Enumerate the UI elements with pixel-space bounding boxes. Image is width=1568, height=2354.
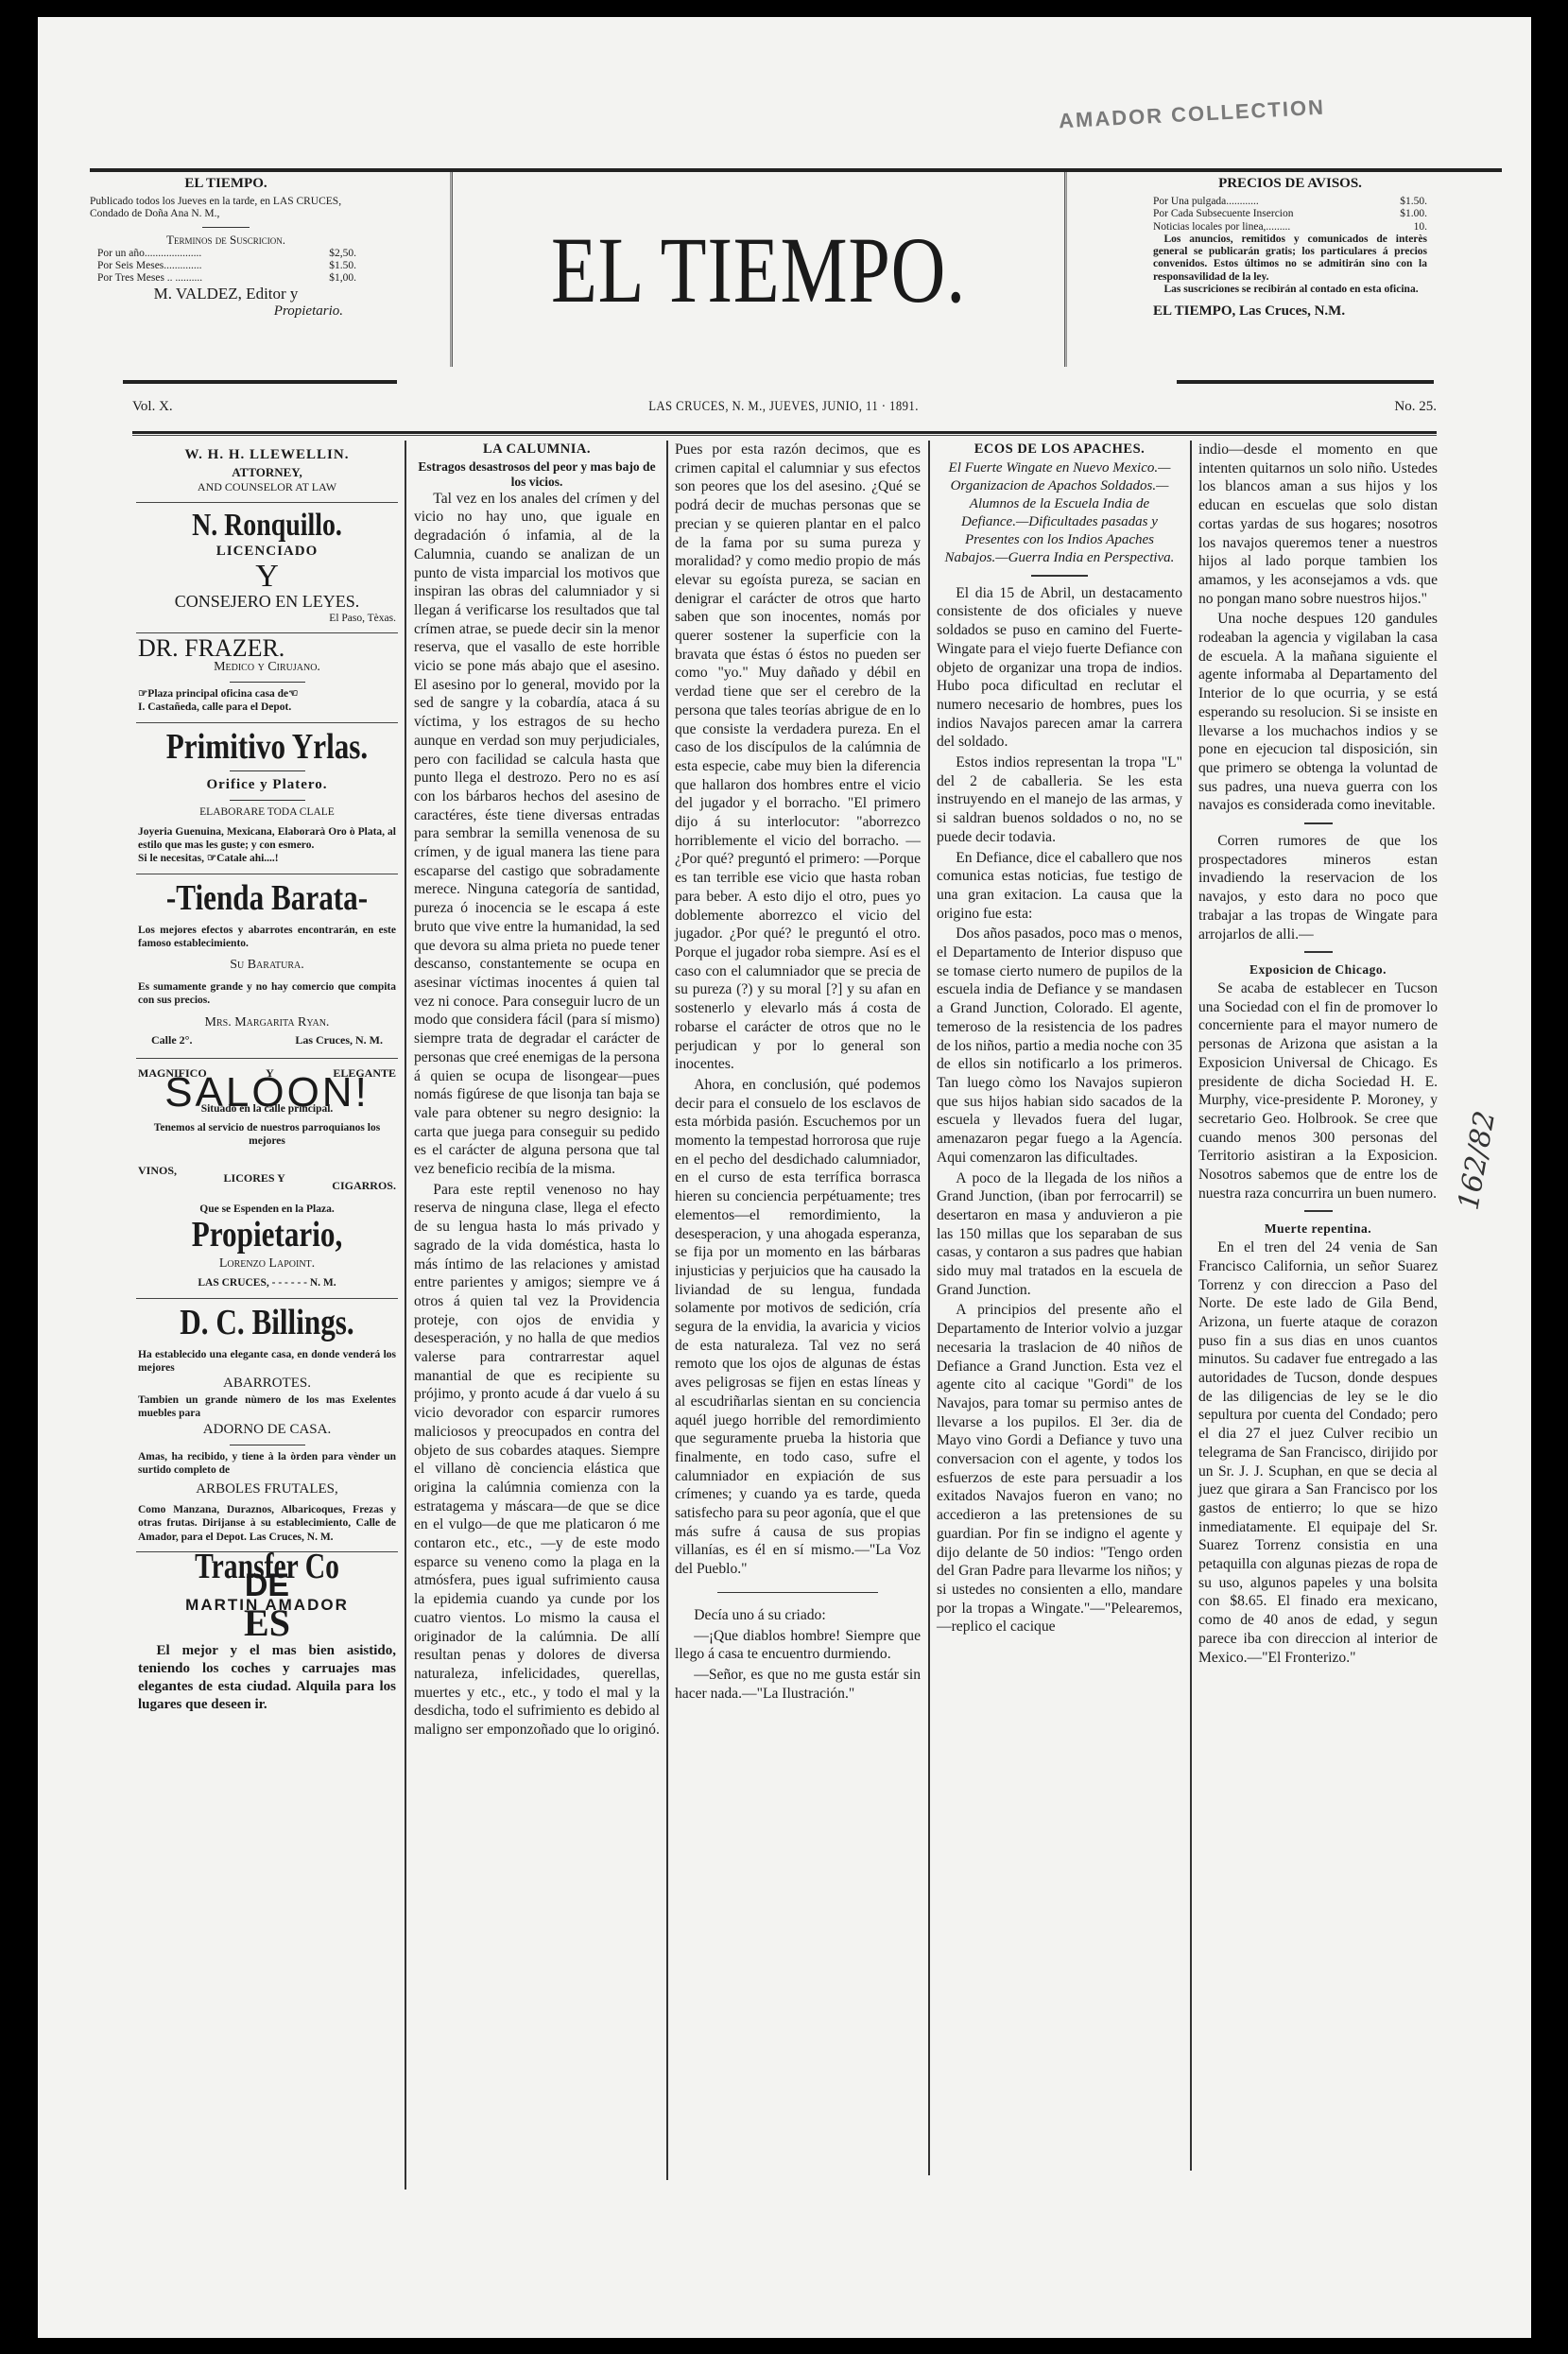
dateline: Vol. X. LAS CRUCES, N. M., JUEVES, JUNIO… — [132, 395, 1437, 418]
ad-frazer: DR. FRAZER. Medico y Cirujano. ☞Plaza pr… — [136, 633, 398, 722]
ad-billings: D. C. Billings. Ha establecido una elega… — [136, 1299, 398, 1552]
chicago-title: Exposicion de Chicago. — [1198, 961, 1438, 979]
subscription-notice: Las suscriciones se recibirán al contado… — [1153, 284, 1427, 296]
newspaper-title: EL TIEMPO. — [451, 172, 1067, 367]
ads-column: W. H. H. LLEWELLIN. ATTORNEY, AND COUNSE… — [132, 441, 402, 1722]
ad-rate-row: Por Una pulgada............$1.50. — [1153, 196, 1427, 208]
ad-rates-box: PRECIOS DE AVISOS. Por Una pulgada......… — [1153, 176, 1427, 320]
divider — [1304, 822, 1333, 824]
anecdote-line: Decía uno á su criado: — [675, 1606, 921, 1625]
anecdote-line: —Señor, es que no me gusta estár sin hac… — [675, 1666, 921, 1703]
column-divider — [405, 441, 406, 2190]
article-title: ECOS DE LOS APACHES. — [937, 441, 1182, 459]
rate-row: Por un año.....................$2,50. — [90, 248, 362, 260]
divider — [202, 227, 250, 228]
article-paragraph: Dos años pasados, poco mas o menos, el D… — [937, 925, 1182, 1167]
publication-info: Publicado todos los Jueves en la tarde, … — [90, 196, 362, 220]
ad-tienda-barata: -Tienda Barata- Los mejores efectos y ab… — [136, 874, 398, 1060]
ad-rates-title: PRECIOS DE AVISOS. — [1153, 176, 1427, 192]
muerte-title: Muerte repentina. — [1198, 1220, 1438, 1238]
divider — [1304, 951, 1333, 953]
subscription-box-title: EL TIEMPO. — [90, 176, 362, 192]
ad-ronquillo: N. Ronquillo. LICENCIADO Y CONSEJERO EN … — [136, 503, 398, 633]
article-subtitle: Estragos desastrosos del peor y mas bajo… — [414, 459, 660, 490]
article-paragraph: indio—desde el momento en que intenten q… — [1198, 441, 1438, 608]
ad-rate-row: Noticias locales por linea,.........10. — [1153, 221, 1427, 234]
article-paragraph: Ahora, en conclusión, qué podemos decir … — [675, 1076, 921, 1579]
chicago-paragraph: Se acaba de establecer en Tucson una Soc… — [1198, 979, 1438, 1203]
divider — [1031, 575, 1088, 577]
article-paragraph: Tal vez en los anales del crímen y del v… — [414, 490, 660, 1179]
place-and-date: LAS CRUCES, N. M., JUEVES, JUNIO, 11 · 1… — [648, 399, 919, 415]
ad-rate-row: Por Cada Subsecuente Insercion$1.00. — [1153, 208, 1427, 220]
article-paragraph: Para este reptil venenoso no hay reserva… — [414, 1181, 660, 1740]
article-paragraph: El dia 15 de Abril, un destacamento cons… — [937, 584, 1182, 752]
article-paragraph: Estos indios representan la tropa "L" de… — [937, 753, 1182, 847]
article-apaches-continued: indio—desde el momento en que intenten q… — [1193, 441, 1443, 1669]
ad-saloon: MAGNIFICOYELEGANTE SALOON! Situado en la… — [136, 1059, 398, 1299]
rumor-paragraph: Corren rumores de que los prospectadores… — [1198, 832, 1438, 943]
divider — [1304, 1210, 1333, 1212]
article-title: LA CALUMNIA. — [414, 441, 660, 459]
subscription-heading: Terminos de Suscricion. — [90, 234, 362, 248]
article-paragraph: A poco de la llegada de los niños a Gran… — [937, 1169, 1182, 1300]
editor-role: Propietario. — [90, 303, 362, 320]
ad-llewellin: W. H. H. LLEWELLIN. ATTORNEY, AND COUNSE… — [136, 441, 398, 503]
anecdote-line: —¡Que diablos hombre! Siempre que llego … — [675, 1627, 921, 1664]
column-divider — [1190, 441, 1192, 2171]
ad-transfer-co: Transfer Co DE MARTIN AMADOR ES El mejor… — [136, 1552, 398, 1722]
volume-number: Vol. X. — [132, 399, 173, 415]
rate-row: Por Seis Meses..............$1.50. — [90, 260, 362, 272]
article-calumnia-continued: Pues por esta razón decimos, que es crim… — [669, 441, 926, 1705]
muerte-paragraph: En el tren del 24 venia de San Francisco… — [1198, 1238, 1438, 1667]
subscription-box: EL TIEMPO. Publicado todos los Jueves en… — [90, 176, 362, 320]
masthead-bottom-rule-left — [123, 380, 397, 384]
issue-number: No. 25. — [1394, 399, 1437, 415]
dateline-rule — [132, 431, 1437, 436]
column-divider — [928, 441, 930, 2175]
article-calumnia: LA CALUMNIA. Estragos desastrosos del pe… — [408, 441, 665, 1741]
article-deck: El Fuerte Wingate en Nuevo Mexico.—Organ… — [937, 459, 1182, 567]
article-paragraph: A principios del presente año el Departa… — [937, 1301, 1182, 1636]
article-paragraph: En Defiance, dice el caballero que nos c… — [937, 849, 1182, 924]
rate-row: Por Tres Meses .. ..........$1,00. — [90, 272, 362, 285]
masthead: EL TIEMPO. Publicado todos los Jueves en… — [90, 176, 1422, 378]
divider — [717, 1592, 878, 1593]
masthead-bottom-rule-right — [1177, 380, 1434, 384]
article-paragraph: Pues por esta razón decimos, que es crim… — [675, 441, 921, 1074]
article-apaches: ECOS DE LOS APACHES. El Fuerte Wingate e… — [931, 441, 1188, 1638]
article-paragraph: Una noche despues 120 gandules rodeaban … — [1198, 610, 1438, 815]
ad-rates-footer: EL TIEMPO, Las Cruces, N.M. — [1153, 303, 1427, 320]
column-divider — [666, 441, 668, 2180]
editor-name: M. VALDEZ, Editor y — [90, 285, 362, 303]
ad-yrlas: Primitivo Yrlas. Orifice y Platero. ELAB… — [136, 723, 398, 874]
ad-notice: Los anuncios, remitidos y comunicados de… — [1153, 234, 1427, 284]
